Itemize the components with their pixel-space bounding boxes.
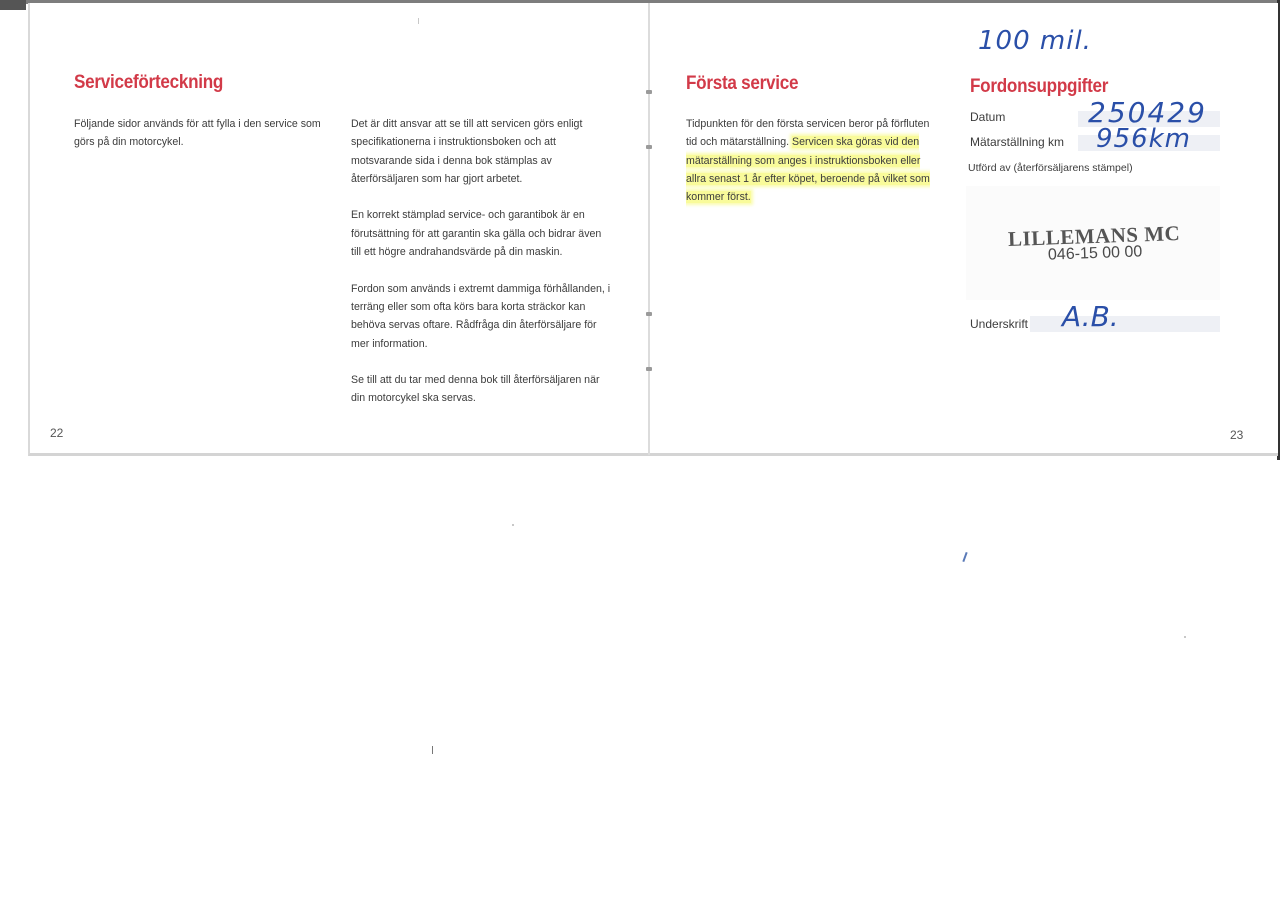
booklet-gutter (648, 3, 650, 455)
paragraph: En korrekt stämplad service- och garanti… (351, 206, 611, 261)
paragraph: Fordon som används i extremt dammiga för… (351, 280, 611, 353)
scan-corner (0, 0, 26, 10)
odometer-value: 956km (1096, 124, 1191, 154)
staple-mark (646, 312, 652, 316)
scan-speck (962, 552, 967, 562)
intro-paragraph: Följande sidor används för att fylla i d… (74, 115, 324, 152)
staple-mark (646, 367, 652, 371)
page-number-left: 22 (50, 426, 63, 440)
odometer-label: Mätarställning km (970, 135, 1064, 149)
page-number-right: 23 (1230, 428, 1243, 442)
paragraph: Se till att du tar med denna bok till åt… (351, 371, 611, 408)
handwritten-note: 100 mil. (978, 26, 1092, 56)
signature-value: A.B. (1062, 300, 1119, 333)
date-label: Datum (970, 110, 1005, 124)
scan-speck (1184, 636, 1186, 638)
page-heading-left: Serviceförteckning (74, 72, 223, 94)
performed-by-label: Utförd av (återförsäljarens stämpel) (968, 162, 1133, 174)
signature-label: Underskrift (970, 317, 1028, 331)
vehicle-info-heading: Fordonsuppgifter (970, 76, 1108, 98)
staple-mark (646, 145, 652, 149)
page-heading-right: Första service (686, 73, 798, 95)
first-service-text: Tidpunkten för den första servicen beror… (686, 115, 934, 206)
dealer-stamp-phone: 046-15 00 00 (1048, 243, 1143, 264)
body-text-left: Det är ditt ansvar att se till att servi… (351, 115, 611, 426)
scan-speck (418, 18, 419, 24)
scan-speck (432, 746, 433, 754)
signature-field (1030, 316, 1220, 332)
paragraph: Det är ditt ansvar att se till att servi… (351, 115, 611, 188)
scan-speck (512, 524, 514, 526)
staple-mark (646, 90, 652, 94)
